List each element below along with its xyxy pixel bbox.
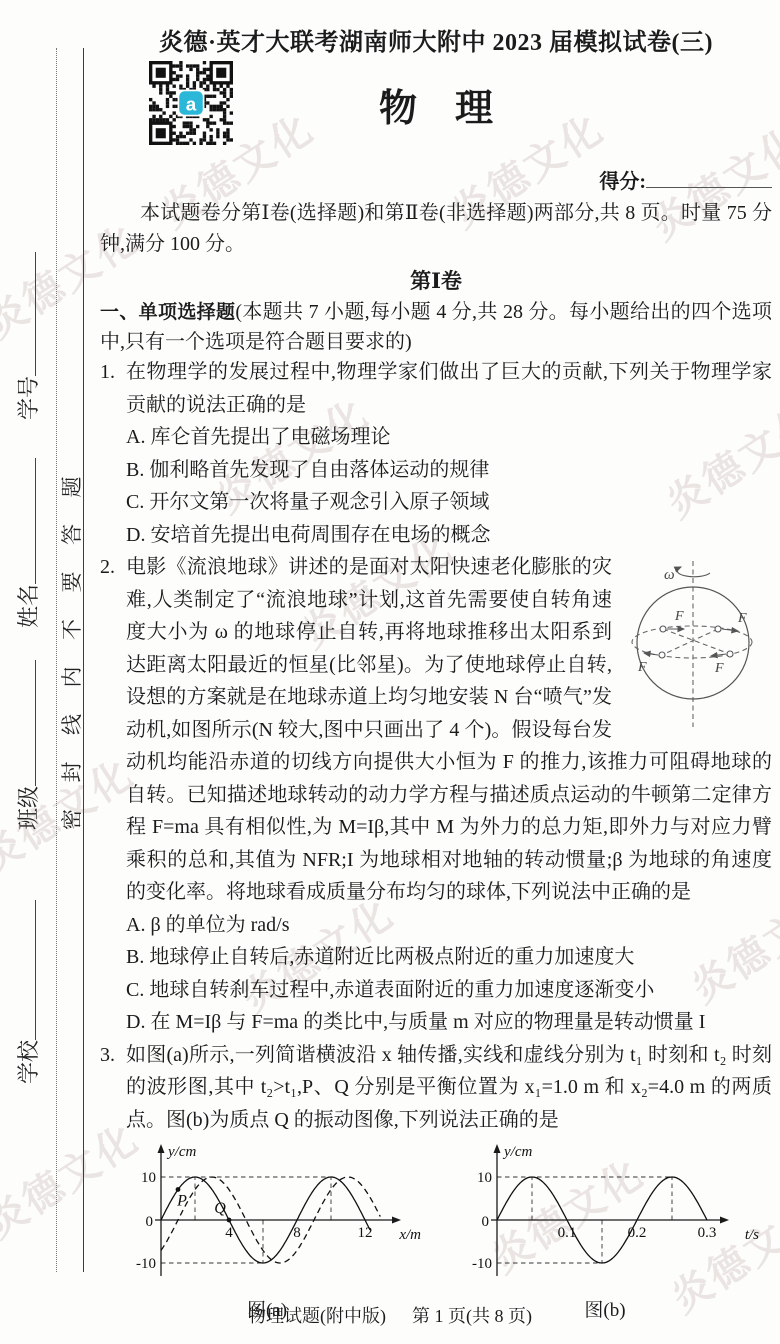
question-2-option-b: B. 地球停止自转后,赤道附近比两极点附近的重力加速度大 <box>126 941 772 974</box>
question-1-option-a: A. 库仑首先提出了电磁场理论 <box>126 421 772 454</box>
figure-b-block: y/cmt/s0.10.20.3100-10 图(b) <box>449 1140 761 1322</box>
svg-text:y/cm: y/cm <box>502 1144 532 1160</box>
svg-text:-10: -10 <box>136 1256 156 1272</box>
svg-text:10: 10 <box>477 1170 492 1186</box>
svg-text:a: a <box>186 94 197 115</box>
question-1-option-c: C. 开尔文第一次将量子观念引入原子领域 <box>126 486 772 519</box>
page-footer: 物理试题(附中版)第 1 页(共 8 页) <box>0 1302 780 1328</box>
score-line: 得分: <box>100 165 772 194</box>
equator-chord-1 <box>663 629 730 654</box>
part1-heading: 第Ⅰ卷 <box>100 265 772 295</box>
question-2-option-d: D. 在 M=Iβ 与 F=ma 的类比中,与质量 m 对应的物理量是转动惯量 … <box>126 1006 772 1039</box>
svg-text:0.3: 0.3 <box>698 1225 717 1241</box>
svg-text:8: 8 <box>293 1225 301 1241</box>
rotation-arrow <box>677 567 710 577</box>
figure-a-plot: y/cmx/m4812100-10PQ <box>111 1140 423 1290</box>
svg-text:t/s: t/s <box>745 1227 759 1243</box>
school-blank-line <box>16 900 36 1040</box>
engine-4 <box>727 651 733 657</box>
earth-figure: ω F F F F <box>620 553 772 737</box>
score-label: 得分: <box>599 171 646 193</box>
svg-text:0.2: 0.2 <box>628 1225 647 1241</box>
question-3-stem: 如图(a)所示,一列简谐横波沿 x 轴传播,实线和虚线分别为 t₁ 时刻和 t₂… <box>126 1039 772 1137</box>
svg-text:10: 10 <box>141 1170 156 1186</box>
equator-chord-2 <box>662 629 718 655</box>
svg-text:4: 4 <box>225 1225 233 1241</box>
question-3: 3. 如图(a)所示,一列简谐横波沿 x 轴传播,实线和虚线分别为 t₁ 时刻和… <box>100 1039 772 1137</box>
question-1-option-b: B. 伽利略首先发现了自由落体运动的规律 <box>126 454 772 487</box>
svg-text:12: 12 <box>358 1225 373 1241</box>
svg-text:x/m: x/m <box>398 1227 421 1243</box>
engine-1 <box>660 626 666 632</box>
svg-text:0: 0 <box>146 1214 154 1230</box>
thrust-arrow-4 <box>711 654 726 656</box>
force-label-4: F <box>714 661 724 676</box>
field-school: 学校 <box>16 892 42 1084</box>
svg-text:P: P <box>176 1192 187 1209</box>
main-content: 炎德·英才大联考湖南师大附中 2023 届模拟试卷(三) a 物 理 得分: 本… <box>100 8 772 1322</box>
name-blank-line <box>16 458 36 584</box>
omega-label: ω <box>664 567 675 583</box>
figure-a-block: y/cmx/m4812100-10PQ 图(a) <box>111 1140 423 1322</box>
exam-paper-page: 炎德文化炎德文化炎德文化炎德文化炎德文化炎德文化炎德文化炎德文化炎德文化炎德文化… <box>0 0 780 1344</box>
footer-doc-label: 物理试题(附中版) <box>248 1306 386 1326</box>
svg-text:-10: -10 <box>472 1256 492 1272</box>
field-class: 班级 <box>16 652 42 830</box>
question-1-stem: 在物理学的发展过程中,物理学家们做出了巨大的贡献,下列关于物理学家贡献的说法正确… <box>126 356 772 421</box>
class-blank-line <box>16 660 36 786</box>
seal-warning-text: 密封线内不要答题 <box>59 438 85 830</box>
student-id-blank-line <box>16 252 36 376</box>
figure-b-plot: y/cmt/s0.10.20.3100-10 <box>449 1140 761 1290</box>
waveform-figures: y/cmx/m4812100-10PQ 图(a) y/cmt/s0.10.20.… <box>100 1140 772 1322</box>
question-1-option-d: D. 安培首先提出电荷周围存在电场的概念 <box>126 519 772 552</box>
question-2-option-c: C. 地球自转刹车过程中,赤道表面附近的重力加速度逐渐变小 <box>126 974 772 1007</box>
question-2-option-a: A. β 的单位为 rad/s <box>126 909 772 942</box>
question-1: 1. 在物理学的发展过程中,物理学家们做出了巨大的贡献,下列关于物理学家贡献的说… <box>100 356 772 551</box>
question-3-number: 3. <box>100 1039 115 1072</box>
svg-text:0.1: 0.1 <box>558 1225 577 1241</box>
paper-intro: 本试题卷分第Ⅰ卷(选择题)和第Ⅱ卷(非选择题)两部分,共 8 页。时量 75 分… <box>100 198 772 260</box>
svg-text:0: 0 <box>482 1214 490 1230</box>
engine-3 <box>659 652 665 658</box>
subject-row: a 物 理 <box>100 59 772 155</box>
qr-code: a <box>145 61 237 145</box>
question-2: 2. ω F <box>100 551 772 1039</box>
svg-text:Q: Q <box>214 1200 226 1217</box>
question-1-number: 1. <box>100 356 115 389</box>
section1-intro: 一、单项选择题(本题共 7 小题,每小题 4 分,共 28 分。每小题给出的四个… <box>100 298 772 356</box>
field-student-id: 学号 <box>16 244 42 420</box>
force-label-3: F <box>637 660 647 675</box>
seal-dotted-line <box>56 48 57 1272</box>
engine-2 <box>715 626 721 632</box>
svg-text:y/cm: y/cm <box>166 1144 196 1160</box>
footer-page-label: 第 1 页(共 8 页) <box>412 1306 532 1326</box>
question-2-number: 2. <box>100 551 115 584</box>
force-label-2: F <box>737 611 747 626</box>
exam-title: 炎德·英才大联考湖南师大附中 2023 届模拟试卷(三) <box>100 22 772 57</box>
force-label-1: F <box>674 609 684 624</box>
section1-label: 一、单项选择题 <box>100 302 235 323</box>
score-blank-line <box>646 167 772 188</box>
field-name: 姓名 <box>16 450 42 628</box>
